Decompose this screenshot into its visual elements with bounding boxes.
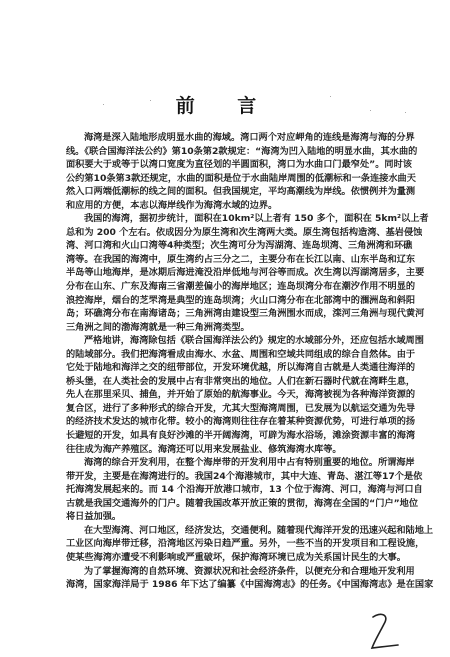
scan-speck — [405, 112, 406, 113]
text-line: 三角洲之间的渤海湾就是一种三角洲湾类型。 — [66, 321, 406, 335]
text-line: 古就是我国交通海外的门户。随着我国改革开放正策的贯彻，海湾在全国的“门户”地位 — [66, 497, 406, 511]
text-line: 浪控海岸，烟台的芝罘湾是典型的连岛坝湾；火山口湾分布在北部湾中的涠洲岛和斜阳 — [66, 294, 406, 308]
scan-speck — [330, 96, 331, 97]
body-text: 海湾是深入陆地形成明显水曲的海域。湾口两个对应岬角的连线是海湾与海的分界 线。《… — [66, 131, 406, 592]
text-line: 我国的海湾，据初步统计，面积在10km²以上者有 150 多个，面积在 5km²… — [66, 212, 406, 226]
text-line: 线。《联合国海洋法公约》第10条第2款规定：“海湾为凹入陆地的明显水曲，其水曲的 — [66, 145, 406, 159]
text-line: 使某些海湾亦遭受不利影响或严重破坏，保护海湾环境已成为关系国计民生的大事。 — [66, 551, 406, 565]
text-line: 工业区向海岸带迁移，沿湾地区污染日趋严重。另外，一些不当的开发项目和工程设施， — [66, 537, 406, 551]
text-line: 在大型海湾、河口地区，经济发达，交通便利。随着现代海洋开发的迅速兴起和陆地上 — [66, 524, 406, 538]
text-line: 为了掌握海湾的自然环境、资源状况和社会经济条件，以便充分和合理地开发利用 — [66, 565, 406, 579]
scan-speck — [103, 104, 104, 105]
text-line: 分布在山东、广东及海南三省潮差偏小的海岸地区；连岛坝湾分布在潮汐作用不明显的 — [66, 280, 406, 294]
text-line: 湾等。在我国的海湾中，原生湾约占三分之二，主要分布在长江以南、山东半岛和辽东 — [66, 253, 406, 267]
text-line: 复合区，进行了多种形式的综合开发，尤其大型海湾周围，已发展为以航运交通为先导 — [66, 402, 406, 416]
text-line: 的经济技术发达的城市化带。较小的海湾则往往存在着某种资源优势，可进行单项的扬 — [66, 415, 406, 429]
text-line: 半岛等山地海岸，是冰期后海进淹没沿岸低地与河谷等而成。次生湾以泻湖湾居多，主要 — [66, 266, 406, 280]
page-title: 前 言 — [0, 91, 450, 118]
text-line: 它处于陆地和海洋之交的纽带部位，开发环境优越，所以海湾自古就是人类通往海洋的 — [66, 361, 406, 375]
text-line: 桥头堡，在人类社会的发展中占有非常突出的地位。人们在新石器时代就在湾畔生息， — [66, 375, 406, 389]
text-line: 岛；环礁湾分布在南海诸岛；三角洲湾由建设型三角洲围水而成，滦河三角洲与现代黄河 — [66, 307, 406, 321]
text-line: 往往成为海产养殖区。海湾还可以用来发展盐业、修筑海湾水库等。 — [66, 443, 406, 457]
document-page: 前 言 海湾是深入陆地形成明显水曲的海域。湾口两个对应岬角的连线是海湾与海的分界… — [0, 0, 450, 657]
text-line: 湾、河口湾和火山口湾等4种类型；次生湾可分为泻湖湾、连岛坝湾、三角洲湾和环礁 — [66, 239, 406, 253]
text-line: 然入口两端低潮标的线之间的面积。但我国规定，平均高潮线为岸线。依惯例并为量测 — [66, 185, 406, 199]
text-line: 面积要大于或等于以湾口宽度为直径划的半圆面积，湾口为水曲口门最窄处”。同时该 — [66, 158, 406, 172]
text-line: 的陆域部分。我们把海湾看成由海水、水盆、周围和空域共同组成的综合自然体。由于 — [66, 348, 406, 362]
text-line: 公约第10条第3款还规定，水曲的面积是位于水曲陆岸周围的低潮标和一条连接水曲天 — [66, 172, 406, 186]
text-line: 总和为 200 个左右。依成因分为原生湾和次生湾两大类。原生湾包括构造湾、基岩侵… — [66, 226, 406, 240]
text-line: 先人在那里采贝、捕鱼，并开始了原始的航海事业。今天，海湾被视为各种海洋资源的 — [66, 388, 406, 402]
text-line: 带开发，主要是在海湾进行的。我国24个海港城市，其中大连、青岛、湛江等17个是依 — [66, 470, 406, 484]
text-line: 和应用的方便，本志以海岸线作为海湾水域的边界。 — [66, 199, 406, 213]
text-line: 海湾，国家海洋局于 1986 年下达了编纂《中国海湾志》的任务。《中国海湾志》是… — [66, 578, 406, 592]
text-line: 托海湾发展起来的。而 14 个沿海开放港口城市，13 个位于海湾、河口，海湾与河… — [66, 483, 406, 497]
text-line: 将日益加强。 — [66, 510, 406, 524]
handwritten-page-number — [370, 612, 400, 652]
text-line: 长避短的开发，如具有良好沙滩的半开阔海湾，可辟为海水浴场，滩涂资源丰富的海湾 — [66, 429, 406, 443]
text-line: 海湾是深入陆地形成明显水曲的海域。湾口两个对应岬角的连线是海湾与海的分界 — [66, 131, 406, 145]
text-line: 严格地讲，海湾除包括《联合国海洋法公约》规定的水域部分外，还应包括水域周围 — [66, 334, 406, 348]
scan-speck — [150, 100, 151, 101]
text-line: 海湾的综合开发利用，在整个海岸带的开发利用中占有特别重要的地位。所谓海岸 — [66, 456, 406, 470]
handwritten-2-glyph — [370, 612, 400, 652]
scan-speck — [370, 110, 371, 111]
